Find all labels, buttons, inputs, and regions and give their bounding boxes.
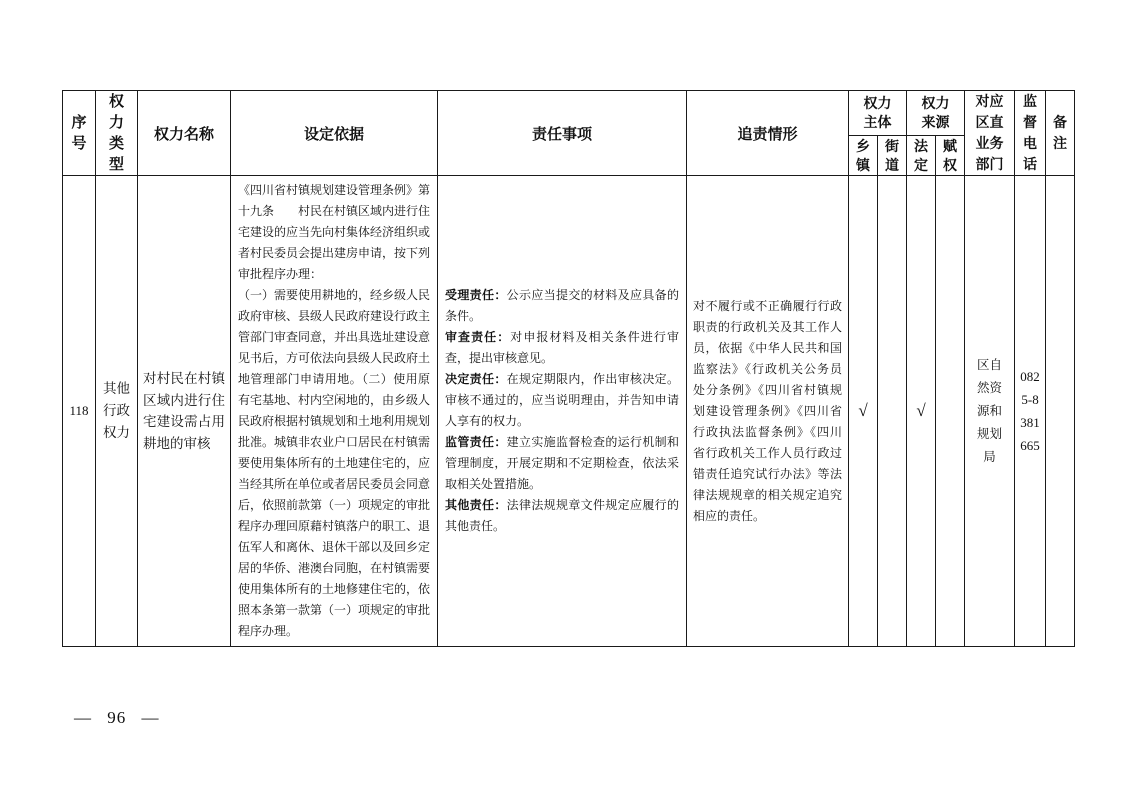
- cell-responsibilities: 受理责任：公示应当提交的材料及应具备的条件。 审查责任：对申报材料及相关条件进行…: [438, 176, 687, 647]
- cell-street-check: [878, 176, 907, 647]
- header-power-subject-group: 权力主体: [849, 91, 907, 136]
- header-power-source-group: 权力来源: [907, 91, 965, 136]
- header-remarks-label: 备注: [1052, 112, 1068, 154]
- header-power-subject-label: 权力主体: [863, 94, 892, 132]
- cell-statutory-check: √: [907, 176, 936, 647]
- cell-power-name: 对村民在村镇区域内进行住宅建设需占用耕地的审核: [138, 176, 231, 647]
- legal-basis-paragraph-2: （一）需要使用耕地的，经乡级人民政府审核、县级人民政府建设行政主管部门审查同意，…: [238, 285, 430, 642]
- duty-label-accept: 受理责任：: [445, 288, 507, 302]
- header-township-label: 乡镇: [855, 137, 871, 175]
- header-supervision-phone: 监督电话: [1015, 91, 1046, 176]
- header-legal-basis: 设定依据: [231, 91, 438, 176]
- header-responsibilities: 责任事项: [438, 91, 687, 176]
- cell-township-check: √: [849, 176, 878, 647]
- document-page: { "document": { "page_number": "— 96 —" …: [0, 0, 1122, 793]
- header-delegated: 赋权: [936, 136, 965, 176]
- district-department-text: 区自然资源和规划局: [976, 354, 1002, 469]
- header-power-type-label: 权力类型: [108, 91, 125, 175]
- duty-label-supervision: 监管责任：: [445, 435, 507, 449]
- header-district-department: 对应区直业务部门: [965, 91, 1015, 176]
- duty-item-other: 其他责任：法律法规规章文件规定应履行的其他责任。: [445, 495, 679, 537]
- header-power-name: 权力名称: [138, 91, 231, 176]
- table-row-118: 118 其他行政权力 对村民在村镇区域内进行住宅建设需占用耕地的审核 《四川省村…: [63, 176, 1075, 647]
- supervision-phone-text: 0825-8381665: [1019, 365, 1041, 457]
- header-street-label: 街道: [884, 137, 900, 175]
- power-name-text: 对村民在村镇区域内进行住宅建设需占用耕地的审核: [143, 368, 225, 454]
- cell-delegated-check: [936, 176, 965, 647]
- cell-legal-basis: 《四川省村镇规划建设管理条例》第十九条 村民在村镇区域内进行住宅建设的应当先向村…: [231, 176, 438, 647]
- accountability-text: 对不履行或不正确履行行政职责的行政机关及其工作人员，依据《中华人民共和国监察法》…: [693, 296, 842, 527]
- header-township: 乡镇: [849, 136, 878, 176]
- duty-item-supervision: 监管责任：建立实施监督检查的运行机制和管理制度，开展定期和不定期检查，依法采取相…: [445, 432, 679, 495]
- header-accountability-label: 追责情形: [737, 126, 797, 143]
- header-delegated-label: 赋权: [942, 137, 958, 175]
- cell-remarks: [1046, 176, 1075, 647]
- header-serial: 序号: [63, 91, 96, 176]
- duty-item-accept: 受理责任：公示应当提交的材料及应具备的条件。: [445, 285, 679, 327]
- header-street: 街道: [878, 136, 907, 176]
- power-list-table: 序号 权力类型 权力名称 设定依据 责任事项 追责情形 权力主体 权力来源 对应…: [62, 90, 1075, 647]
- header-accountability: 追责情形: [687, 91, 849, 176]
- duty-item-decision: 决定责任：在规定期限内，作出审核决定。审核不通过的，应当说明理由，并告知申请人享…: [445, 369, 679, 432]
- cell-power-type: 其他行政权力: [96, 176, 138, 647]
- power-type-text: 其他行政权力: [102, 378, 130, 444]
- header-serial-label: 序号: [70, 112, 87, 154]
- header-power-name-label: 权力名称: [154, 126, 214, 143]
- duty-item-review: 审查责任：对申报材料及相关条件进行审查，提出审核意见。: [445, 327, 679, 369]
- duty-label-review: 审查责任：: [445, 330, 510, 344]
- duty-label-decision: 决定责任：: [445, 372, 507, 386]
- check-mark-statutory: √: [916, 401, 925, 420]
- duty-label-other: 其他责任：: [445, 498, 507, 512]
- header-power-source-label: 权力来源: [921, 94, 950, 132]
- cell-district-department: 区自然资源和规划局: [965, 176, 1015, 647]
- header-legal-basis-label: 设定依据: [304, 126, 364, 143]
- cell-supervision-phone: 0825-8381665: [1015, 176, 1046, 647]
- header-responsibilities-label: 责任事项: [532, 126, 592, 143]
- header-remarks: 备注: [1046, 91, 1075, 176]
- cell-accountability: 对不履行或不正确履行行政职责的行政机关及其工作人员，依据《中华人民共和国监察法》…: [687, 176, 849, 647]
- check-mark-township: √: [858, 401, 867, 420]
- header-supervision-phone-label: 监督电话: [1022, 91, 1038, 175]
- header-statutory: 法定: [907, 136, 936, 176]
- header-district-department-label: 对应区直业务部门: [975, 91, 1004, 175]
- legal-basis-paragraph-1: 《四川省村镇规划建设管理条例》第十九条 村民在村镇区域内进行住宅建设的应当先向村…: [238, 180, 430, 285]
- header-statutory-label: 法定: [913, 137, 929, 175]
- cell-serial: 118: [63, 176, 96, 647]
- header-power-type: 权力类型: [96, 91, 138, 176]
- page-number: — 96 —: [74, 708, 160, 728]
